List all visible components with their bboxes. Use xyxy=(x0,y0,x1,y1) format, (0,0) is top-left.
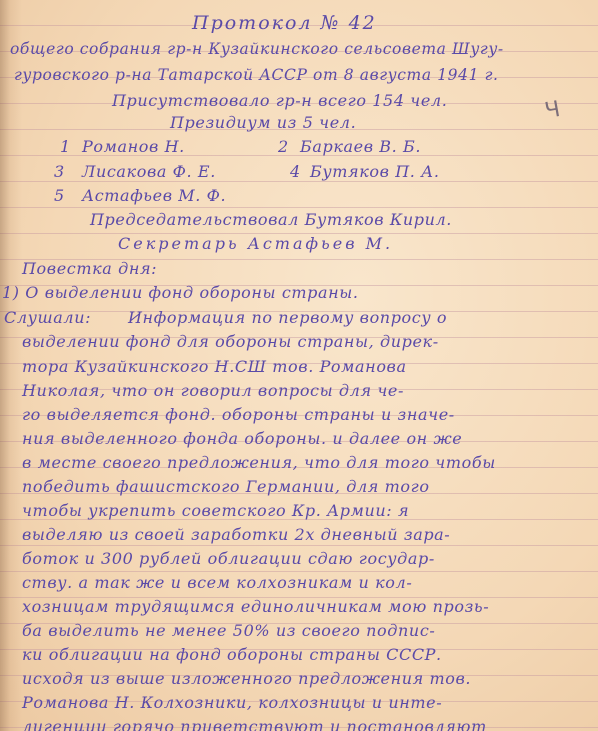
heard-line: чтобы укрепить советского Кр. Армии: я xyxy=(22,501,409,520)
heard-line: Николая, что он говорил вопросы для че- xyxy=(22,381,404,400)
presidium-member-num: 3 xyxy=(54,162,65,181)
heard-line: в месте своего предложения, что для того… xyxy=(22,453,496,472)
heard-line: победить фашистского Германии, для того xyxy=(22,477,430,496)
heard-line: лигенции горячо приветствуют и постановл… xyxy=(22,717,487,731)
heading-line-1: общего собрания гр-н Кузайкинского сельс… xyxy=(10,40,504,58)
heard-line: Информация по первому вопросу о xyxy=(128,308,447,327)
margin-mark: Ч xyxy=(543,97,562,124)
heard-line: ния выделенного фонда обороны. и далее о… xyxy=(22,429,462,448)
document-page: Протокол № 42 общего собрания гр-н Кузай… xyxy=(0,0,598,731)
heard-line: хозницам трудящимся единоличникам мою пр… xyxy=(22,597,489,616)
agenda-heading: Повестка дня: xyxy=(22,259,157,278)
presidium-member-name: Астафьев М. Ф. xyxy=(82,186,226,205)
presidium-member-name: Баркаев В. Б. xyxy=(300,137,421,156)
secretary-line: Секретарь Астафьев М. xyxy=(118,234,393,253)
presidium-heading: Президиум из 5 чел. xyxy=(170,113,356,132)
attendance-line: Присутствовало гр-н всего 154 чел. xyxy=(112,91,447,110)
heard-line: выделяю из своей заработки 2х дневный за… xyxy=(22,525,450,544)
heard-line: ки облигации на фонд обороны страны СССР… xyxy=(22,645,442,664)
presidium-member-name: Лисакова Ф. Е. xyxy=(82,162,216,181)
heard-label: Слушали: xyxy=(4,308,91,327)
presidium-member-name: Романов Н. xyxy=(82,137,185,156)
presidium-member-num: 4 xyxy=(290,162,301,181)
heard-line: боток и 300 рублей облигации сдаю госуда… xyxy=(22,549,435,568)
heard-line: тора Кузайкинского Н.СШ тов. Романова xyxy=(22,357,407,376)
document-title: Протокол № 42 xyxy=(192,12,377,34)
heading-line-2: гуровского р-на Татарской АССР от 8 авгу… xyxy=(14,66,499,84)
heard-line: исходя из выше изложенного предложения т… xyxy=(22,669,471,688)
presidium-member-num: 1 xyxy=(60,137,71,156)
presidium-member-num: 2 xyxy=(278,137,289,156)
presidium-member-num: 5 xyxy=(54,186,65,205)
heard-line: го выделяется фонд. обороны страны и зна… xyxy=(22,405,455,424)
heard-line: ба выделить не менее 50% из своего подпи… xyxy=(22,621,435,640)
heard-line: выделении фонд для обороны страны, дирек… xyxy=(22,332,439,351)
heard-line: Романова Н. Колхозники, колхозницы и инт… xyxy=(22,693,442,712)
chairman-line: Председательствовал Бутяков Кирил. xyxy=(90,210,452,229)
agenda-item: 1) О выделении фонд обороны страны. xyxy=(2,283,359,302)
presidium-member-name: Бутяков П. А. xyxy=(310,162,440,181)
heard-line: ству. а так же и всем колхозникам и кол- xyxy=(22,573,412,592)
